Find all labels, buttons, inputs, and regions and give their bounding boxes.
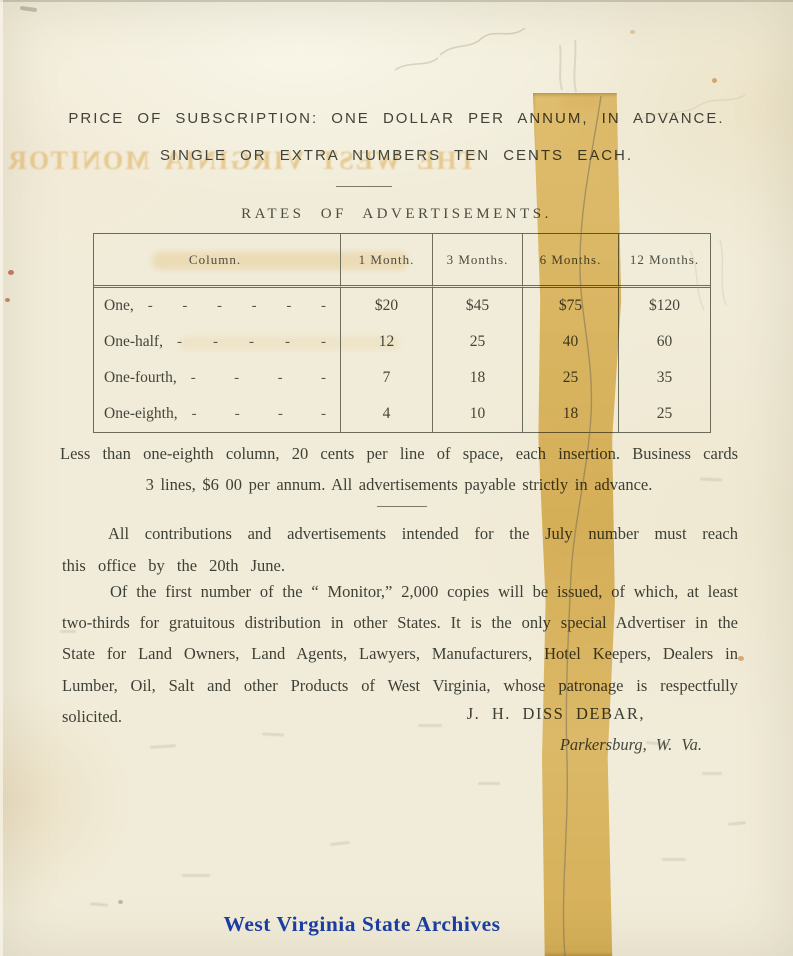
- dash-leaders: - - - -: [191, 370, 326, 387]
- table-row-label: One-half, - - - - -: [94, 324, 340, 360]
- table-cell: 25: [618, 396, 710, 432]
- table-header-12months: 12 Months.: [618, 234, 710, 288]
- table-header-1month: 1 Month.: [340, 234, 432, 288]
- row-label: One-eighth,: [104, 405, 178, 423]
- rates-note-paragraph: Less than one-eighth column, 20 cents pe…: [60, 438, 738, 500]
- monitor-line3: State for Land Owners, Land Agents, Lawy…: [62, 638, 738, 669]
- tape-strip: [533, 93, 623, 956]
- table-row-label: One-eighth, - - - -: [94, 396, 340, 432]
- monitor-line4: Lumber, Oil, Salt and other Products of …: [62, 670, 738, 701]
- bleed-smudge: [702, 772, 722, 775]
- bleed-smudge: [662, 858, 686, 861]
- divider-rule: [377, 506, 427, 507]
- subscription-price-line: PRICE OF SUBSCRIPTION: ONE DOLLAR PER AN…: [0, 110, 793, 127]
- handwriting-ghost: [395, 28, 525, 70]
- dash-leaders: - - - - - -: [148, 298, 326, 315]
- foxing-speck: [5, 298, 10, 302]
- table-cell: $45: [432, 288, 522, 324]
- bleed-smudge: [330, 841, 350, 846]
- table-cell: 35: [618, 360, 710, 396]
- table-header-3months: 3 Months.: [432, 234, 522, 288]
- table-cell: 7: [340, 360, 432, 396]
- monitor-line1: Of the first number of the “ Monitor,” 2…: [62, 576, 738, 607]
- bleed-smudge: [182, 874, 210, 877]
- table-row-label: One-fourth, - - - -: [94, 360, 340, 396]
- single-numbers-line: SINGLE OR EXTRA NUMBERS TEN CENTS EACH.: [0, 147, 793, 164]
- dash-leaders: - - - -: [192, 406, 326, 423]
- row-label: One,: [104, 297, 134, 315]
- bleed-smudge: [478, 782, 500, 785]
- foxing-speck: [118, 900, 123, 904]
- table-cell: $120: [618, 288, 710, 324]
- bleed-smudge: [90, 902, 108, 907]
- rates-note-line2: 3 lines, $6 00 per annum. All advertisem…: [60, 469, 738, 500]
- bleed-smudge: [418, 724, 442, 727]
- table-cell: 12: [340, 324, 432, 360]
- scan-edge-top: [0, 0, 793, 2]
- dash-leaders: - - - - -: [177, 334, 326, 351]
- scan-edge-left: [0, 0, 3, 956]
- bleed-smudge: [728, 821, 746, 826]
- rates-title: RATES OF ADVERTISEMENTS.: [0, 206, 793, 223]
- archive-caption: West Virginia State Archives: [0, 912, 724, 937]
- contributions-line1: All contributions and advertisements int…: [62, 518, 738, 550]
- table-cell: 10: [432, 396, 522, 432]
- table-header-column: Column.: [94, 234, 340, 288]
- monitor-line2: two-thirds for gratuitous distribution i…: [62, 607, 738, 638]
- table-cell: $20: [340, 288, 432, 324]
- divider-rule: [336, 186, 392, 187]
- foxing-speck: [630, 30, 635, 34]
- row-label: One-fourth,: [104, 369, 177, 387]
- table-cell: 18: [432, 360, 522, 396]
- contributions-paragraph: All contributions and advertisements int…: [62, 518, 738, 582]
- document-scan: THE WEST VIRGINIA MONITOR PRICE OF SUBSC…: [0, 0, 793, 956]
- ink-mark: [20, 6, 37, 12]
- bleed-smudge: [60, 630, 76, 633]
- foxing-speck: [712, 78, 717, 83]
- handwriting-ghost: [560, 40, 576, 92]
- foxing-speck: [8, 270, 14, 275]
- table-cell: 4: [340, 396, 432, 432]
- rates-note-line1: Less than one-eighth column, 20 cents pe…: [60, 438, 738, 469]
- table-row-label: One, - - - - - -: [94, 288, 340, 324]
- table-cell: 25: [432, 324, 522, 360]
- table-cell: 60: [618, 324, 710, 360]
- foxing-speck: [738, 656, 744, 661]
- row-label: One-half,: [104, 333, 163, 351]
